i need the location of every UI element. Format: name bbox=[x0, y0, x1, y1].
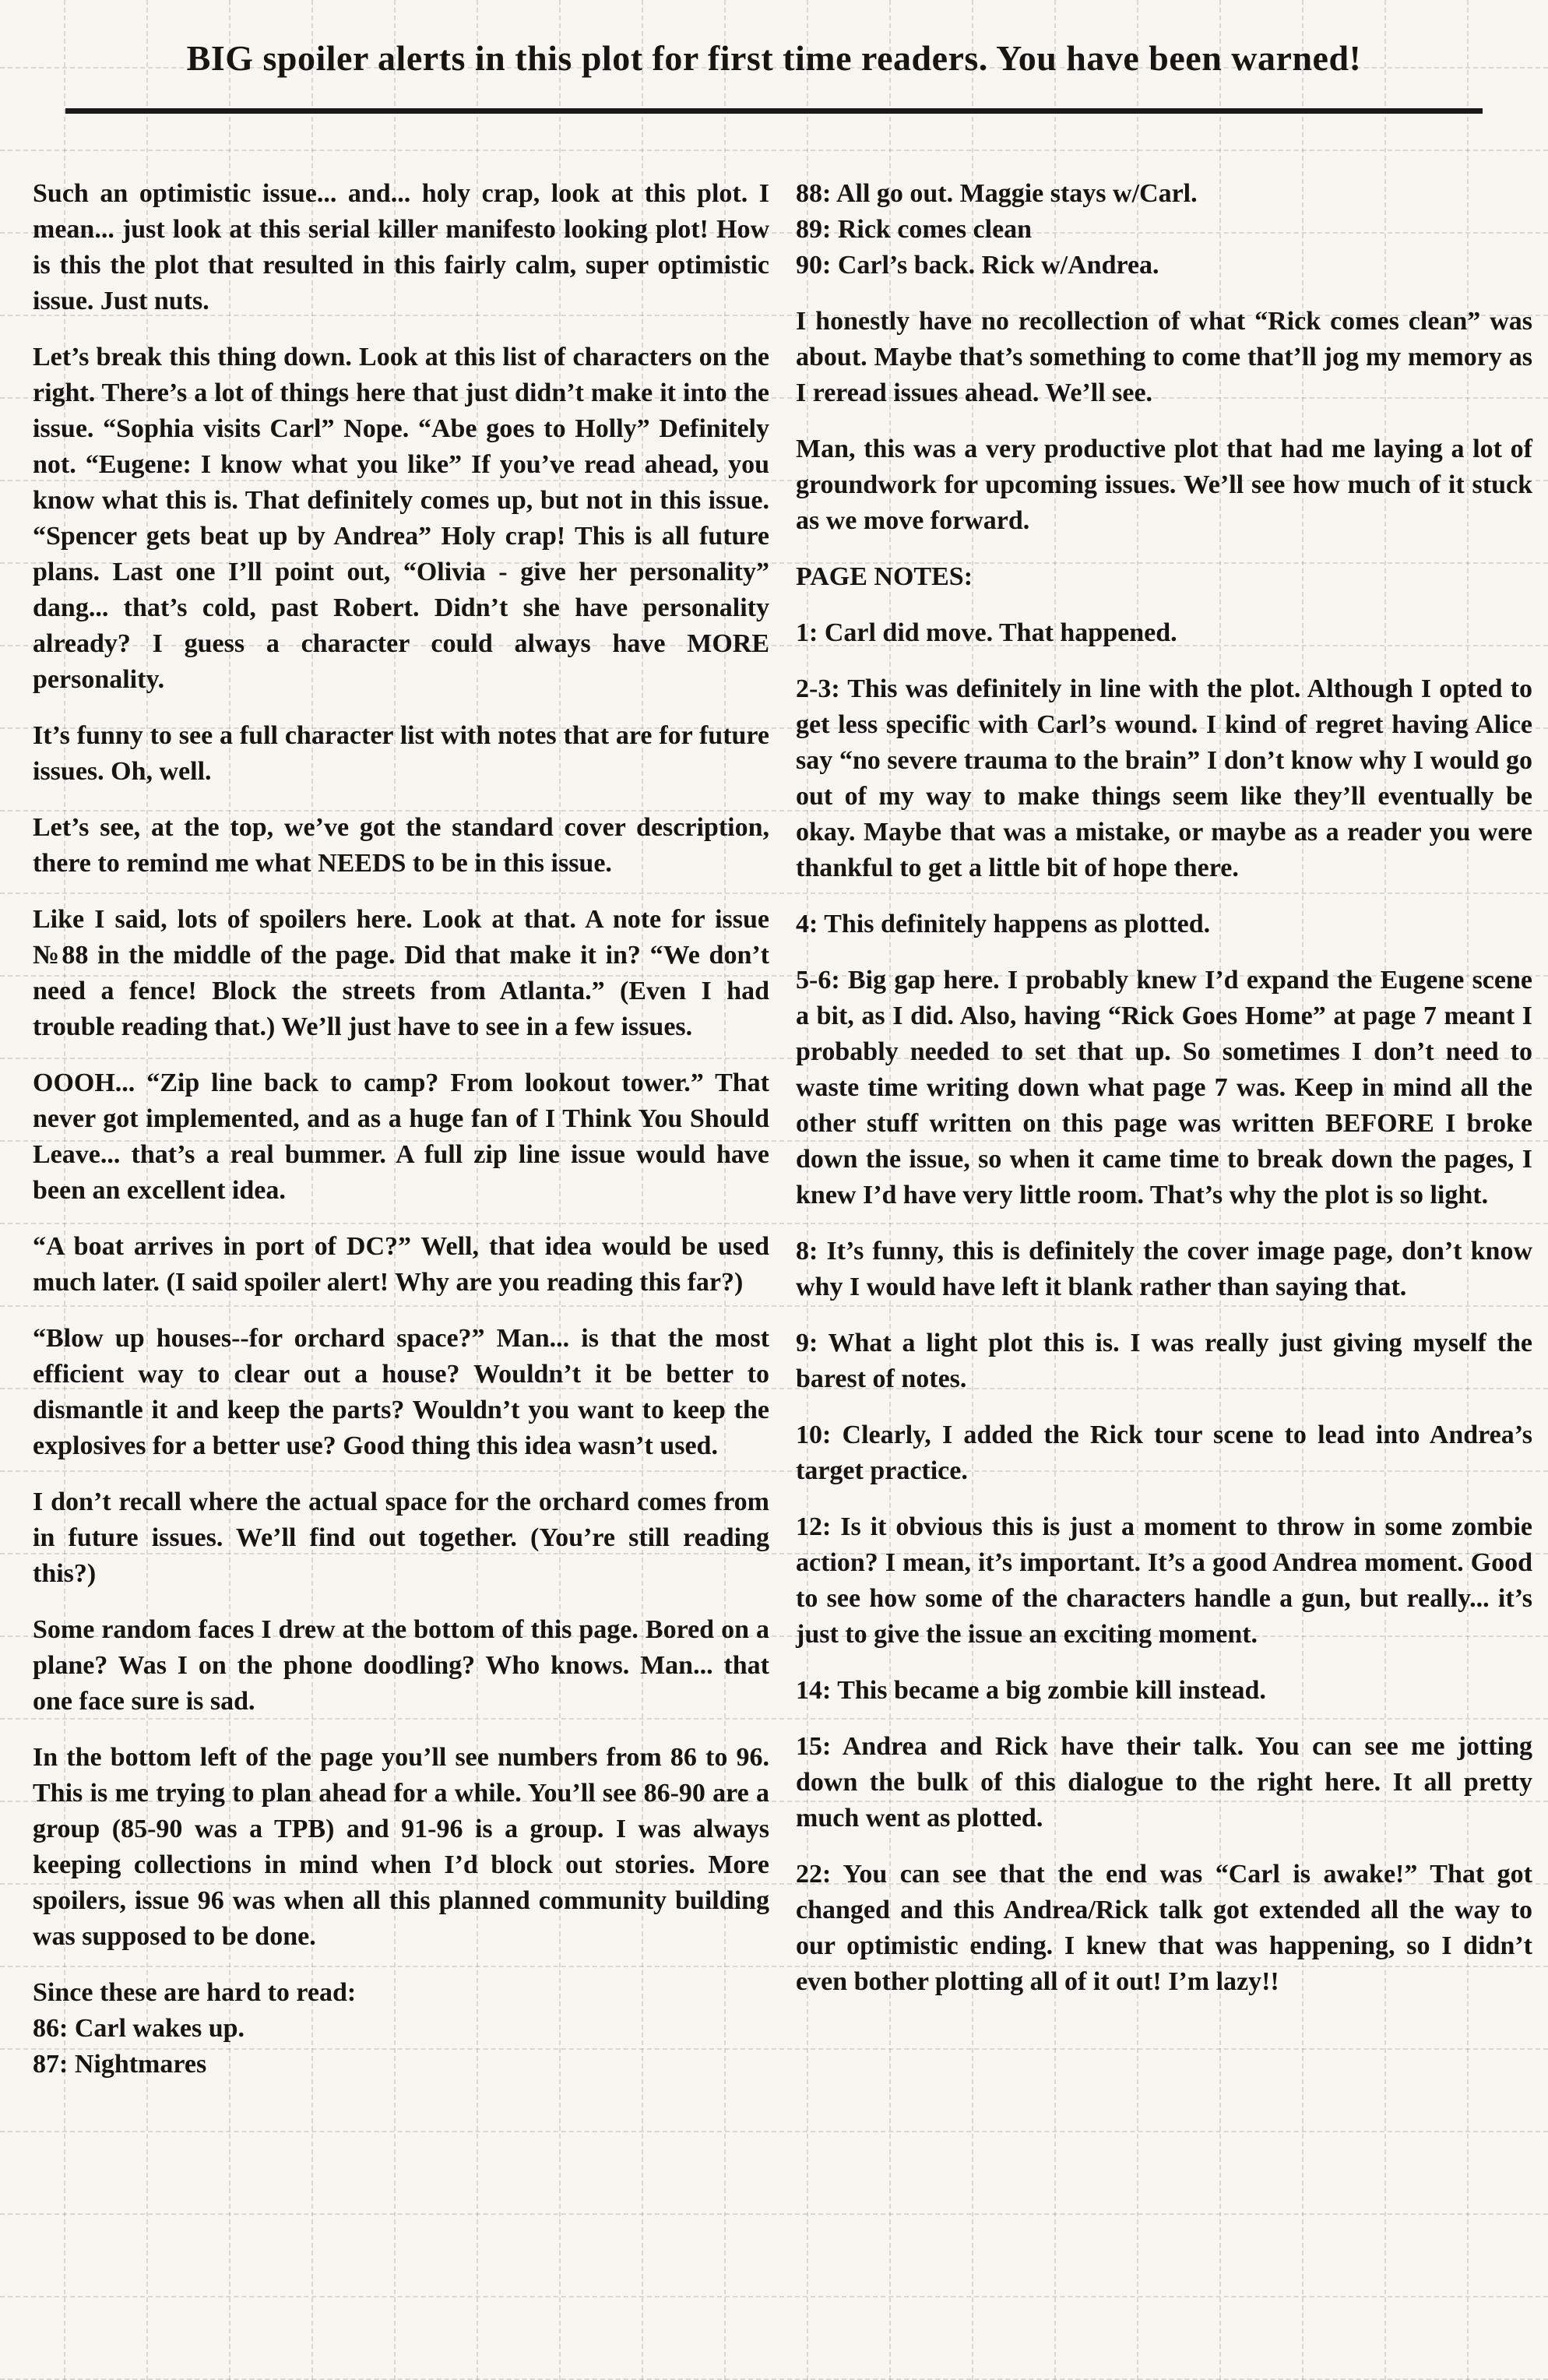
paragraph: Let’s see, at the top, we’ve got the sta… bbox=[33, 810, 769, 882]
paragraph: Since these are hard to read: 86: Carl w… bbox=[33, 1975, 769, 2082]
paragraph: 88: All go out. Maggie stays w/Carl. 89:… bbox=[796, 176, 1532, 283]
paragraph: In the bottom left of the page you’ll se… bbox=[33, 1740, 769, 1955]
paragraph: It’s funny to see a full character list … bbox=[33, 718, 769, 790]
left-column: Such an optimistic issue... and... holy … bbox=[33, 176, 769, 2103]
paragraph: 14: This became a big zombie kill instea… bbox=[796, 1673, 1532, 1709]
grid-horizontal-line bbox=[0, 2213, 1548, 2215]
paragraph: Like I said, lots of spoilers here. Look… bbox=[33, 902, 769, 1045]
paragraph: 5-6: Big gap here. I probably knew I’d e… bbox=[796, 963, 1532, 1213]
paragraph: 10: Clearly, I added the Rick tour scene… bbox=[796, 1417, 1532, 1489]
paragraph: “Blow up houses--for orchard space?” Man… bbox=[33, 1321, 769, 1464]
right-column: 88: All go out. Maggie stays w/Carl. 89:… bbox=[796, 176, 1532, 2103]
paragraph: 22: You can see that the end was “Carl i… bbox=[796, 1857, 1532, 2000]
paragraph: 9: What a light plot this is. I was real… bbox=[796, 1326, 1532, 1397]
paragraph: OOOH... “Zip line back to camp? From loo… bbox=[33, 1065, 769, 1209]
divider-line bbox=[65, 108, 1483, 114]
scanned-commentary-page: BIG spoiler alerts in this plot for firs… bbox=[0, 0, 1548, 2380]
paragraph: PAGE NOTES: bbox=[796, 559, 1532, 595]
paragraph: Man, this was a very productive plot tha… bbox=[796, 431, 1532, 539]
paragraph: “A boat arrives in port of DC?” Well, th… bbox=[33, 1229, 769, 1301]
paragraph: 2-3: This was definitely in line with th… bbox=[796, 671, 1532, 886]
grid-horizontal-line bbox=[0, 2131, 1548, 2132]
paragraph: I honestly have no recollection of what … bbox=[796, 304, 1532, 411]
page-content: BIG spoiler alerts in this plot for firs… bbox=[0, 0, 1548, 2103]
paragraph: Some random faces I drew at the bottom o… bbox=[33, 1612, 769, 1720]
paragraph: I don’t recall where the actual space fo… bbox=[33, 1484, 769, 1592]
paragraph: 12: Is it obvious this is just a moment … bbox=[796, 1509, 1532, 1653]
paragraph: 4: This definitely happens as plotted. bbox=[796, 907, 1532, 942]
paragraph: Such an optimistic issue... and... holy … bbox=[33, 176, 769, 319]
spoiler-warning-header: BIG spoiler alerts in this plot for firs… bbox=[0, 0, 1548, 79]
grid-horizontal-line bbox=[0, 2296, 1548, 2297]
paragraph: Let’s break this thing down. Look at thi… bbox=[33, 340, 769, 698]
paragraph: 8: It’s funny, this is definitely the co… bbox=[796, 1234, 1532, 1305]
paragraph: 15: Andrea and Rick have their talk. You… bbox=[796, 1729, 1532, 1836]
two-column-text: Such an optimistic issue... and... holy … bbox=[0, 114, 1548, 2103]
paragraph: 1: Carl did move. That happened. bbox=[796, 615, 1532, 651]
